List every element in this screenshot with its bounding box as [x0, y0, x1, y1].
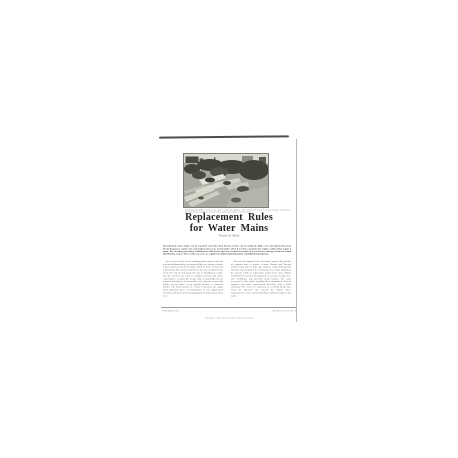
article-abstract-text: Deteriorated water mains can be repaired…	[163, 245, 291, 255]
excavation-photo-graphic	[184, 154, 268, 207]
article-photo	[184, 154, 268, 207]
footer-author-page-text: THOMAS M. WALSKI 33	[230, 310, 296, 312]
article-title-line1: Replacement Rules	[159, 213, 299, 224]
body-column-left: In recent years the cost of repairing wa…	[163, 260, 223, 305]
footer-author-page: THOMAS M. WALSKI 33	[230, 310, 296, 314]
body-column-right: Several investigators have developed mod…	[231, 260, 291, 305]
article-author: Thomas M. Walski	[159, 234, 299, 239]
article-title-line2: for Water Mains	[159, 224, 299, 235]
article-author-text: Thomas M. Walski	[159, 234, 299, 237]
copyright-notice-text: Copyright © 1987 American Water Works As…	[160, 317, 298, 319]
footer-rule	[161, 307, 297, 308]
article-body-columns: In recent years the cost of repairing wa…	[163, 260, 291, 305]
body-column-right-text: Several investigators have developed mod…	[231, 260, 291, 297]
scanned-article-thumbnail: Excavating and repairing a broken water …	[0, 0, 458, 458]
copyright-notice: Copyright © 1987 American Water Works As…	[160, 317, 298, 321]
page-top-rule	[159, 135, 289, 138]
article-title: Replacement Rules for Water Mains	[159, 213, 299, 234]
article-abstract: Deteriorated water mains can be repaired…	[163, 245, 291, 259]
footer-issue-date: NOVEMBER 1987	[162, 310, 212, 314]
footer-issue-date-text: NOVEMBER 1987	[162, 310, 212, 312]
body-column-left-text: In recent years the cost of repairing wa…	[163, 260, 223, 297]
